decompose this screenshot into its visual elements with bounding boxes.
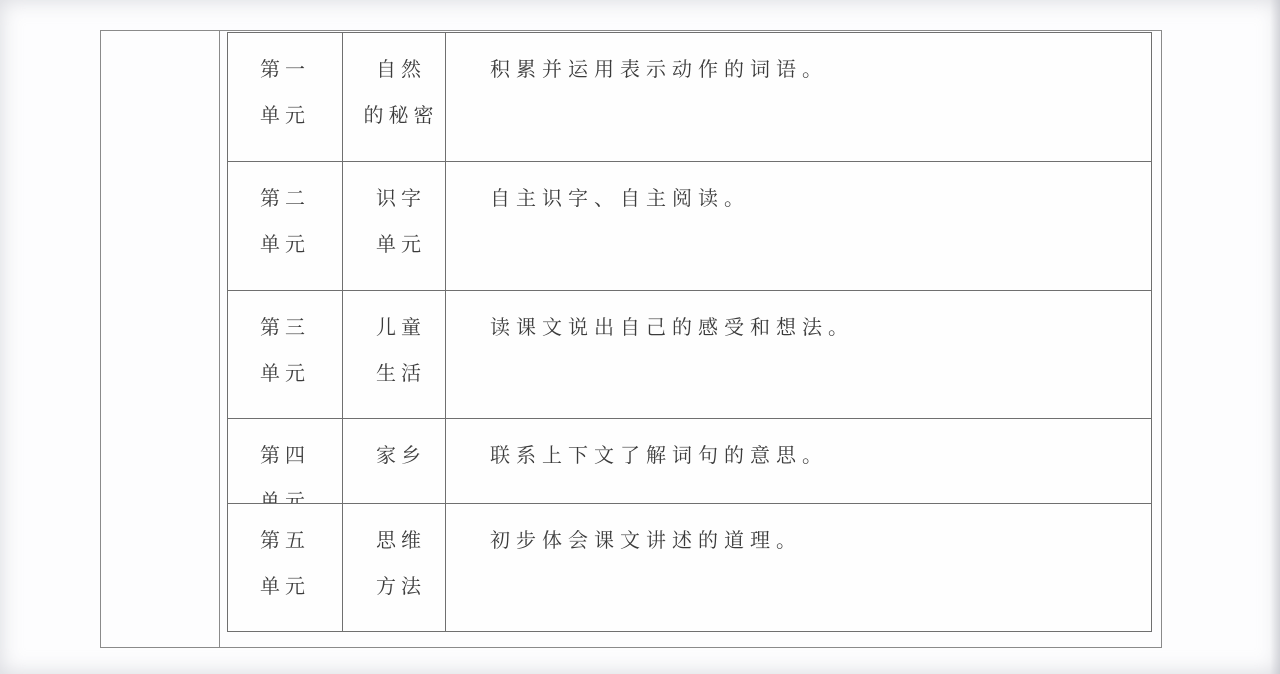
unit-label-line1: 第四	[228, 433, 342, 479]
unit-cell: 第五 单元	[228, 504, 343, 632]
theme-label-line1: 思维	[357, 518, 445, 564]
element-cell: 积累并运用表示动作的词语。	[446, 33, 1151, 161]
unit-cell: 第二 单元	[228, 162, 343, 290]
theme-cell: 思维 方法	[343, 504, 446, 632]
element-text: 读课文说出自己的感受和想法。	[490, 305, 1151, 351]
element-cell: 初步体会课文讲述的道理。	[446, 504, 1151, 632]
element-text: 积累并运用表示动作的词语。	[490, 47, 1151, 93]
theme-label-line2: 的秘密	[357, 93, 445, 139]
theme-label-line2: 方法	[357, 564, 445, 610]
unit-label-line2: 单元	[228, 564, 342, 610]
element-cell: 联系上下文了解词句的意思。	[446, 419, 1151, 503]
theme-cell: 自然 的秘密	[343, 33, 446, 161]
units-table: 第一 单元 自然 的秘密 积累并运用表示动作的词语。 第二 单元 识字 单元 自…	[227, 32, 1152, 632]
theme-label-line2: 单元	[357, 222, 445, 268]
table-row: 第二 单元 识字 单元 自主识字、自主阅读。	[228, 162, 1151, 291]
unit-label-line2: 单元	[228, 93, 342, 139]
element-text: 自主识字、自主阅读。	[490, 176, 1151, 222]
unit-label-line2: 单元	[228, 351, 342, 397]
unit-label-line1: 第一	[228, 47, 342, 93]
element-cell: 自主识字、自主阅读。	[446, 162, 1151, 290]
theme-cell: 识字 单元	[343, 162, 446, 290]
theme-label-line1: 自然	[357, 47, 445, 93]
theme-label-line1: 儿童	[357, 305, 445, 351]
document-page: 第一 单元 自然 的秘密 积累并运用表示动作的词语。 第二 单元 识字 单元 自…	[0, 0, 1280, 674]
unit-label-line2: 单元	[228, 479, 342, 503]
table-row: 第三 单元 儿童 生活 读课文说出自己的感受和想法。	[228, 291, 1151, 419]
table-row: 第一 单元 自然 的秘密 积累并运用表示动作的词语。	[228, 33, 1151, 162]
theme-label-line1: 识字	[357, 176, 445, 222]
theme-cell: 儿童 生活	[343, 291, 446, 418]
outer-column-divider	[219, 31, 220, 647]
unit-label-line1: 第三	[228, 305, 342, 351]
unit-label-line1: 第五	[228, 518, 342, 564]
unit-cell: 第三 单元	[228, 291, 343, 418]
table-row: 第五 单元 思维 方法 初步体会课文讲述的道理。	[228, 504, 1151, 632]
element-text: 初步体会课文讲述的道理。	[490, 518, 1151, 564]
theme-cell: 家乡	[343, 419, 446, 503]
element-text: 联系上下文了解词句的意思。	[490, 433, 1151, 479]
table-row: 第四 单元 家乡 联系上下文了解词句的意思。	[228, 419, 1151, 504]
element-cell: 读课文说出自己的感受和想法。	[446, 291, 1151, 418]
theme-label-line2: 生活	[357, 351, 445, 397]
unit-label-line1: 第二	[228, 176, 342, 222]
unit-label-line2: 单元	[228, 222, 342, 268]
theme-label-line1: 家乡	[357, 433, 445, 479]
unit-cell: 第一 单元	[228, 33, 343, 161]
unit-cell: 第四 单元	[228, 419, 343, 503]
